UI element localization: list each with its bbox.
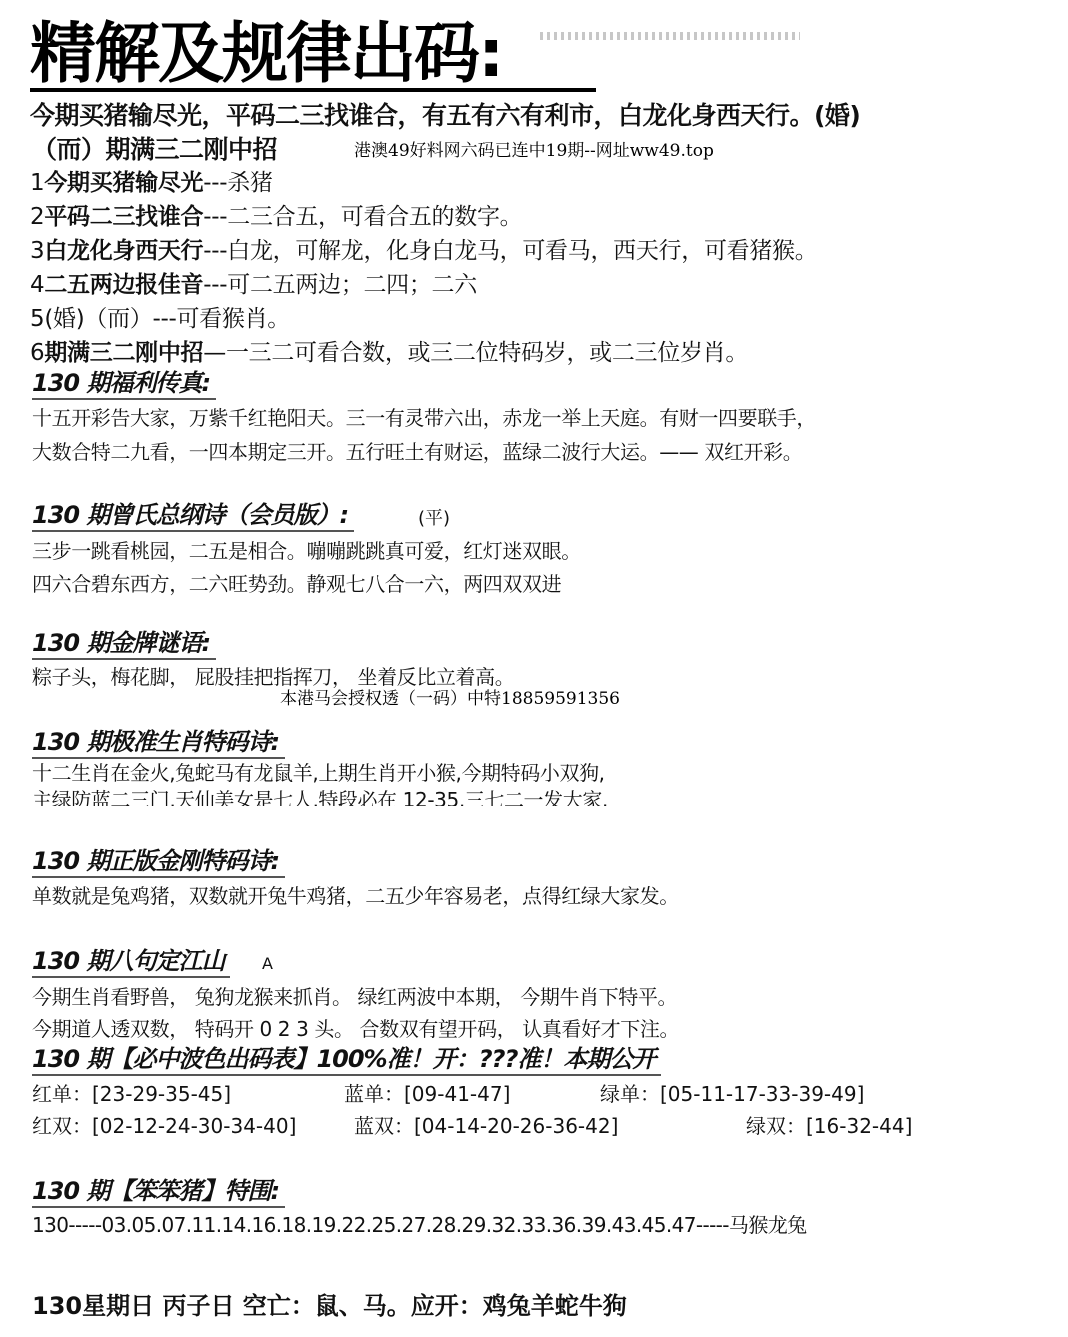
wave-green-even: 绿双：[16-32-44] xyxy=(746,1112,912,1140)
zhengban-line-1: 单数就是兔鸡猪，双数就开兔牛鸡猪，二五少年容易老，点得红绿大家发。 xyxy=(32,882,679,910)
rule-item: 6期满三二刚中招—一三二可看合数，或三二位特码岁，或二三位岁肖。 xyxy=(30,338,748,368)
wave-blue-even: 蓝双：[04-14-20-26-36-42] xyxy=(354,1112,618,1140)
section-heading-fuli: 130 期福利传真: xyxy=(32,368,216,400)
rule-item: 3白龙化身西天行---白龙，可解龙，化身白龙马，可看马，西天行，可看猪猴。 xyxy=(30,236,817,266)
site-watermark: 港澳49好料网六码已连中19期--网址ww49.top xyxy=(350,140,718,162)
title-underline xyxy=(30,88,596,92)
fuli-line-1: 十五开彩告大家，万紫千红艳阳天。三一有灵带六出，赤龙一举上天庭。有财一四要联手， xyxy=(32,404,816,432)
bajv-line-1: 今期生肖看野兽， 兔狗龙猴来抓肖。 绿红两波中本期， 今期牛肖下特平。 xyxy=(32,983,677,1011)
section-heading-jizhun: 130 期极准生肖特码诗: xyxy=(32,727,285,759)
rule-item: 1今期买猪输尽光---杀猪 xyxy=(30,168,273,198)
lead-poem-line-2: （而）期满三二刚中招 xyxy=(32,134,277,166)
section-heading-bajv: 130 期八句定江山 xyxy=(32,946,230,978)
footer-day-info: 130星期日 丙子日 空亡：鼠、马。应开：鸡兔羊蛇牛狗 xyxy=(32,1290,627,1322)
jizhun-line-2-clip: 主绿防蓝二三门,天仙美女是七人,特段必在 12-35,三七二一发大家. xyxy=(32,786,772,806)
section-heading-zhengban: 130 期正版金刚特码诗: xyxy=(32,846,285,878)
zengshi-line-2: 四六合碧东西方，二六旺势劲。静观七八合一六，两四双双进 xyxy=(32,570,561,598)
jizhun-line-1: 十二生肖在金火,兔蛇马有龙鼠羊,上期生肖开小猴,今期特码小双狗, xyxy=(32,759,605,787)
fuli-line-2: 大数合特二九看，一四本期定三开。五行旺土有财运，蓝绿二波行大运。—— 双红开彩。 xyxy=(32,438,802,466)
page-title: 精解及规律出码: xyxy=(30,14,502,94)
jizhun-line-2: 主绿防蓝二三门,天仙美女是七人,特段必在 12-35,三七二一发大家. xyxy=(32,786,772,806)
rule-item: 2平码二三找谁合---二三合五，可看合五的数字。 xyxy=(30,202,522,232)
bajv-line-2: 今期道人透双数， 特码开 0 2 3 头。 合数双有望开码， 认真看好才下注。 xyxy=(32,1015,679,1043)
wave-red-odd: 红单：[23-29-35-45] xyxy=(32,1080,231,1108)
wave-blue-odd: 蓝单：[09-41-47] xyxy=(344,1080,510,1108)
hk-jockey-watermark: 本港马会授权透（一码）中特18859591356 xyxy=(276,688,624,710)
section-heading-zengshi: 130 期曾氏总纲诗（会员版）: xyxy=(32,500,354,532)
bajv-note: A xyxy=(262,954,273,973)
rule-item: 4二五两边报佳音---可二五两边；二四；二六 xyxy=(30,270,477,300)
section-heading-benzhu: 130 期【笨笨猪】特围: xyxy=(32,1176,285,1208)
rule-item: 5(婚)（而）---可看猴肖。 xyxy=(30,304,290,334)
section-heading-jinpai: 130 期金牌谜语: xyxy=(32,628,216,660)
wave-green-odd: 绿单：[05-11-17-33-39-49] xyxy=(600,1080,864,1108)
wave-red-even: 红双：[02-12-24-30-34-40] xyxy=(32,1112,296,1140)
lead-poem-line-1: 今期买猪输尽光，平码二三找谁合，有五有六有利市，白龙化身西天行。(婚) xyxy=(30,100,860,132)
zengshi-line-1: 三步一跳看桃园，二五是相合。嘣嘣跳跳真可爱，红灯迷双眼。 xyxy=(32,537,581,565)
jinpai-line-1: 粽子头，梅花脚， 屁股挂把指挥刀， 坐着反比立着高。 xyxy=(32,663,514,691)
benzhu-numbers-line: 130-----03.05.07.11.14.16.18.19.22.25.27… xyxy=(32,1211,807,1239)
zengshi-note: (平) xyxy=(418,504,450,530)
section-heading-bozhong: 130 期【必中波色出码表】100%准！开：???准！本期公开 xyxy=(32,1044,661,1076)
scan-noise xyxy=(540,32,800,40)
